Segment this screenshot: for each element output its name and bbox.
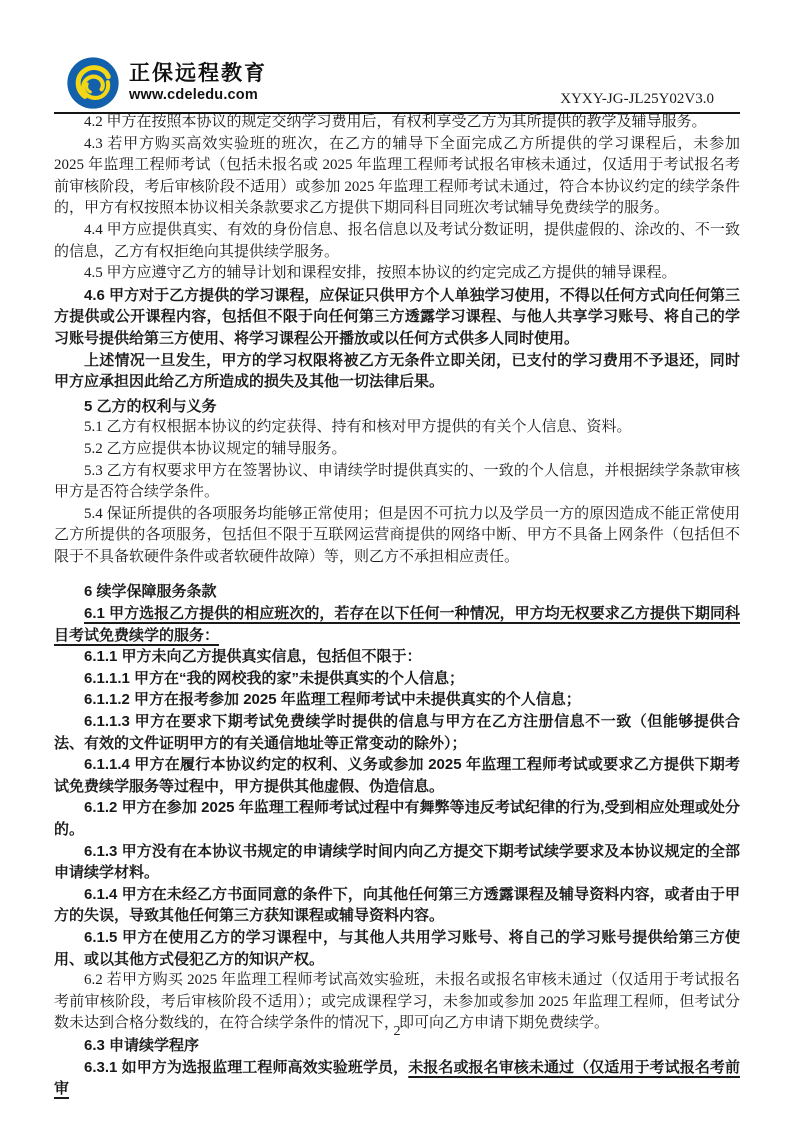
paragraph-6.1.5: 6.1.5 甲方在使用乙方的学习课程中，与其他人共用学习账号、将自己的学习账号提… xyxy=(54,927,740,970)
paragraph-5.3: 5.3 乙方有权要求甲方在签署协议、申请续学时提供真实的、一致的个人信息，并根据… xyxy=(54,461,740,504)
paragraph-6: 6 续学保障服务条款 xyxy=(54,581,740,603)
paragraph-6.1.1.1: 6.1.1.1 甲方在“我的网校我的家”未提供真实的个人信息； xyxy=(54,668,740,690)
brand-website: www.cdeledu.com xyxy=(129,87,267,104)
paragraph-6.1.1.2: 6.1.1.2 甲方在报考参加 2025 年监理工程师考试中未提供真实的个人信息… xyxy=(54,689,740,711)
document-header: 正保远程教育 www.cdeledu.com XYXY-JG-JL25Y02V3… xyxy=(54,0,740,114)
paragraph-6.1.1.3: 6.1.1.3 甲方在要求下期考试免费续学时提供的信息与甲方在乙方注册信息不一致… xyxy=(54,711,740,754)
paragraph-5.2: 5.2 乙方应提供本协议规定的辅导服务。 xyxy=(54,439,740,461)
document-body: 4.2 甲方在按照本协议的规定交纳学习费用后，有权利享受乙方为其所提供的教学及辅… xyxy=(54,112,740,1100)
page-number: 2 xyxy=(0,1024,794,1040)
paragraph-6.1.1: 6.1.1 甲方未向乙方提供真实信息，包括但不限于： xyxy=(54,646,740,668)
brand-block: 正保远程教育 www.cdeledu.com xyxy=(66,56,267,110)
paragraph-5: 5 乙方的权利与义务 xyxy=(54,396,740,418)
paragraph-6.3.1: 6.3.1 如甲方为选报监理工程师高效实验班学员，未报名或报名审核未通过（仅适用… xyxy=(54,1057,740,1100)
paragraph-6.1: 6.1 甲方选报乙方提供的相应班次的，若存在以下任何一种情况，甲方均无权要求乙方… xyxy=(54,603,740,646)
paragraph-4.6: 4.6 甲方对于乙方提供的学习课程，应保证只供甲方个人单独学习使用，不得以任何方… xyxy=(54,285,740,350)
paragraph-4.4: 4.4 甲方应提供真实、有效的身份信息、报名信息以及考试分数证明，提供虚假的、涂… xyxy=(54,220,740,263)
document-page: 正保远程教育 www.cdeledu.com XYXY-JG-JL25Y02V3… xyxy=(0,0,794,1124)
paragraph-4.5: 4.5 甲方应遵守乙方的辅导计划和课程安排，按照本协议的约定完成乙方提供的辅导课… xyxy=(54,263,740,285)
brand-name: 正保远程教育 xyxy=(129,62,267,87)
doc-code: XYXY-JG-JL25Y02V3.0 xyxy=(560,91,740,110)
paragraph-4.2: 4.2 甲方在按照本协议的规定交纳学习费用后，有权利享受乙方为其所提供的教学及辅… xyxy=(54,112,740,134)
paragraph-4.6-note: 上述情况一旦发生，甲方的学习权限将被乙方无条件立即关闭，已支付的学习费用不予退还… xyxy=(54,350,740,393)
paragraph-5.1: 5.1 乙方有权根据本协议的约定获得、持有和核对甲方提供的有关个人信息、资料。 xyxy=(54,417,740,439)
paragraph-6.1.2: 6.1.2 甲方在参加 2025 年监理工程师考试过程中有舞弊等违反考试纪律的行… xyxy=(54,797,740,840)
paragraph-5.4: 5.4 保证所提供的各项服务均能够正常使用；但是因不可抗力以及学员一方的原因造成… xyxy=(54,504,740,569)
paragraph-6.1.1.4: 6.1.1.4 甲方在履行本协议约定的权利、义务或参加 2025 年监理工程师考… xyxy=(54,754,740,797)
paragraph-6.1.4: 6.1.4 甲方在未经乙方书面同意的条件下，向其他任何第三方透露课程及辅导资料内… xyxy=(54,884,740,927)
paragraph-4.3: 4.3 若甲方购买高效实验班的班次，在乙方的辅导下全面完成乙方所提供的学习课程后… xyxy=(54,134,740,220)
brand-logo-icon xyxy=(66,56,120,110)
paragraph-6.1.3: 6.1.3 甲方没有在本协议书规定的申请续学时间内向乙方提交下期考试续学要求及本… xyxy=(54,841,740,884)
